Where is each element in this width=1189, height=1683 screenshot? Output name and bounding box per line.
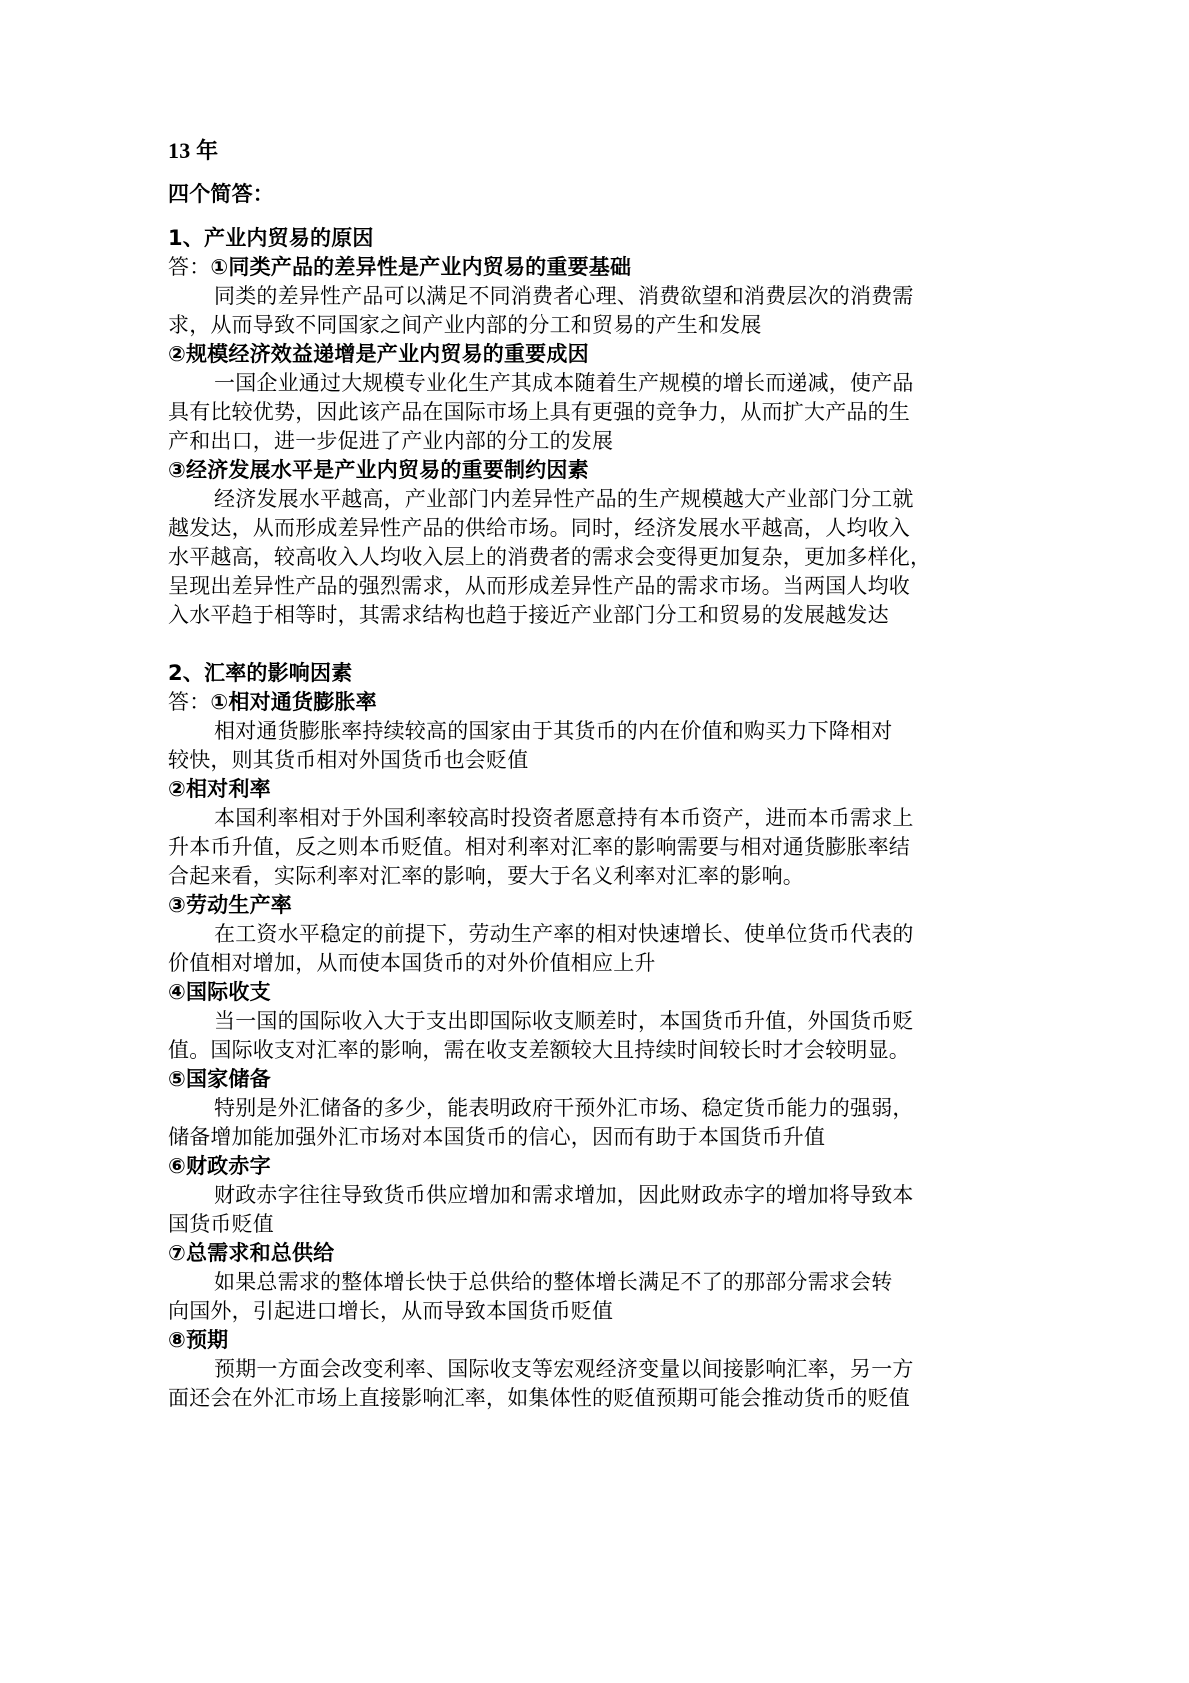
paragraph-line: 具有比较优势，因此该产品在国际市场上具有更强的竞争力，从而扩大产品的生: [168, 398, 910, 427]
year-heading: 13 年: [168, 136, 218, 165]
paragraph-line: 面还会在外汇市场上直接影响汇率，如集体性的贬值预期可能会推动货币的贬值: [168, 1384, 910, 1413]
point-heading: ④国际收支: [168, 978, 271, 1007]
paragraph-line: 特别是外汇储备的多少，能表明政府干预外汇市场、稳定货币能力的强弱，: [214, 1094, 914, 1123]
point-heading: ①同类产品的差异性是产业内贸易的重要基础: [210, 255, 631, 279]
point-heading: ③劳动生产率: [168, 891, 292, 920]
paragraph-line: 入水平趋于相等时，其需求结构也趋于接近产业部门分工和贸易的发展越发达: [168, 601, 889, 630]
paragraph-line: 升本币升值，反之则本币贬值。相对利率对汇率的影响需要与相对通货膨胀率结: [168, 833, 910, 862]
paragraph-line: 国货币贬值: [168, 1210, 274, 1239]
point-heading: ③经济发展水平是产业内贸易的重要制约因素: [168, 456, 589, 485]
paragraph-line: 相对通货膨胀率持续较高的国家由于其货币的内在价值和购买力下降相对: [214, 717, 892, 746]
question-1-title: 1、产业内贸易的原因: [168, 224, 374, 253]
point-heading: ⑦总需求和总供给: [168, 1239, 334, 1268]
answer-2-line: 答：①相对通货膨胀率: [168, 688, 377, 717]
point-heading: ⑤国家储备: [168, 1065, 271, 1094]
paragraph-line: 向国外，引起进口增长，从而导致本国货币贬值: [168, 1297, 613, 1326]
point-heading: ⑧预期: [168, 1326, 228, 1355]
paragraph-line: 越发达，从而形成差异性产品的供给市场。同时，经济发展水平越高，人均收入: [168, 514, 910, 543]
answer-prefix: 答：: [168, 255, 210, 279]
point-heading: ②规模经济效益递增是产业内贸易的重要成因: [168, 340, 589, 369]
paragraph-line: 当一国的国际收入大于支出即国际收支顺差时，本国货币升值，外国货币贬: [214, 1007, 914, 1036]
paragraph-line: 财政赤字往往导致货币供应增加和需求增加，因此财政赤字的增加将导致本: [214, 1181, 914, 1210]
paragraph-line: 储备增加能加强外汇市场对本国货币的信心，因而有助于本国货币升值: [168, 1123, 825, 1152]
point-heading: ⑥财政赤字: [168, 1152, 271, 1181]
paragraph-line: 呈现出差异性产品的强烈需求，从而形成差异性产品的需求市场。当两国人均收: [168, 572, 910, 601]
point-heading: ②相对利率: [168, 775, 271, 804]
paragraph-line: 较快，则其货币相对外国货币也会贬值: [168, 746, 528, 775]
answer-1-line: 答：①同类产品的差异性是产业内贸易的重要基础: [168, 253, 631, 282]
point-heading: ①相对通货膨胀率: [210, 690, 376, 714]
paragraph-line: 本国利率相对于外国利率较高时投资者愿意持有本币资产，进而本币需求上: [214, 804, 914, 833]
paragraph-line: 价值相对增加，从而使本国货币的对外价值相应上升: [168, 949, 656, 978]
paragraph-line: 如果总需求的整体增长快于总供给的整体增长满足不了的那部分需求会转: [214, 1268, 892, 1297]
paragraph-line: 同类的差异性产品可以满足不同消费者心理、消费欲望和消费层次的消费需: [214, 282, 914, 311]
paragraph-line: 合起来看，实际利率对汇率的影响，要大于名义利率对汇率的影响。: [168, 862, 804, 891]
paragraph-line: 求，从而导致不同国家之间产业内部的分工和贸易的产生和发展: [168, 311, 762, 340]
paragraph-line: 产和出口，进一步促进了产业内部的分工的发展: [168, 427, 613, 456]
paragraph-line: 一国企业通过大规模专业化生产其成本随着生产规模的增长而递减，使产品: [214, 369, 914, 398]
paragraph-line: 值。国际收支对汇率的影响，需在收支差额较大且持续时间较长时才会较明显。: [168, 1036, 910, 1065]
question-2-title: 2、汇率的影响因素: [168, 659, 352, 688]
paragraph-line: 水平越高，较高收入人均收入层上的消费者的需求会变得更加复杂，更加多样化，: [168, 543, 931, 572]
section-subtitle: 四个简答：: [168, 180, 274, 209]
paragraph-line: 经济发展水平越高，产业部门内差异性产品的生产规模越大产业部门分工就: [214, 485, 914, 514]
answer-prefix: 答：: [168, 690, 210, 714]
paragraph-line: 在工资水平稳定的前提下，劳动生产率的相对快速增长、使单位货币代表的: [214, 920, 914, 949]
paragraph-line: 预期一方面会改变利率、国际收支等宏观经济变量以间接影响汇率，另一方: [214, 1355, 914, 1384]
